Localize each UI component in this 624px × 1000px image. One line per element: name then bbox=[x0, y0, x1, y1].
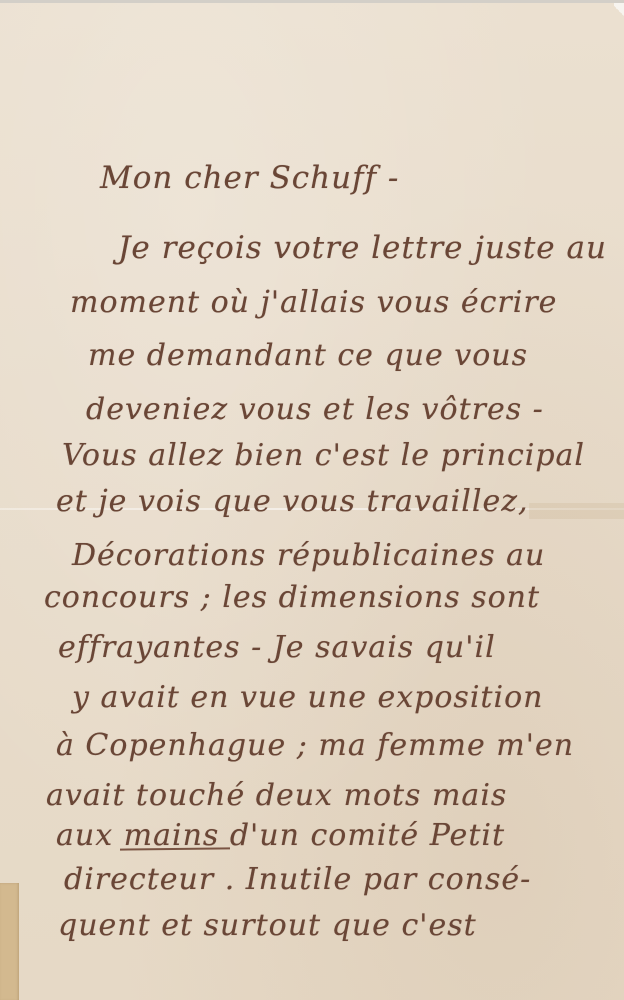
letter-line: Décorations républicaines au bbox=[72, 541, 545, 571]
letter-line: y avait en vue une exposition bbox=[72, 683, 543, 713]
letter-line: Je reçois votre lettre juste au bbox=[118, 233, 607, 264]
letter-line: avait touché deux mots mais bbox=[46, 781, 507, 811]
letter-page: Mon cher Schuff - Je reçois votre lettre… bbox=[0, 0, 624, 1000]
letter-line: à Copenhague ; ma femme m'en bbox=[56, 731, 574, 761]
handwritten-letter: Mon cher Schuff - Je reçois votre lettre… bbox=[0, 3, 624, 1000]
letter-line: me demandant ce que vous bbox=[88, 341, 528, 371]
letter-line: et je vois que vous travaillez, bbox=[56, 487, 529, 517]
letter-line: concours ; les dimensions sont bbox=[44, 583, 540, 613]
letter-line: directeur . Inutile par consé- bbox=[64, 865, 531, 895]
salutation: Mon cher Schuff - bbox=[100, 163, 399, 194]
letter-line: deveniez vous et les vôtres - bbox=[86, 395, 544, 425]
letter-line: aux mains d'un comité Petit bbox=[56, 821, 505, 851]
letter-line: moment où j'allais vous écrire bbox=[70, 288, 557, 318]
letter-line: Vous allez bien c'est le principal bbox=[62, 441, 585, 471]
letter-line: effrayantes - Je savais qu'il bbox=[58, 633, 496, 663]
letter-line: quent et surtout que c'est bbox=[58, 911, 477, 941]
